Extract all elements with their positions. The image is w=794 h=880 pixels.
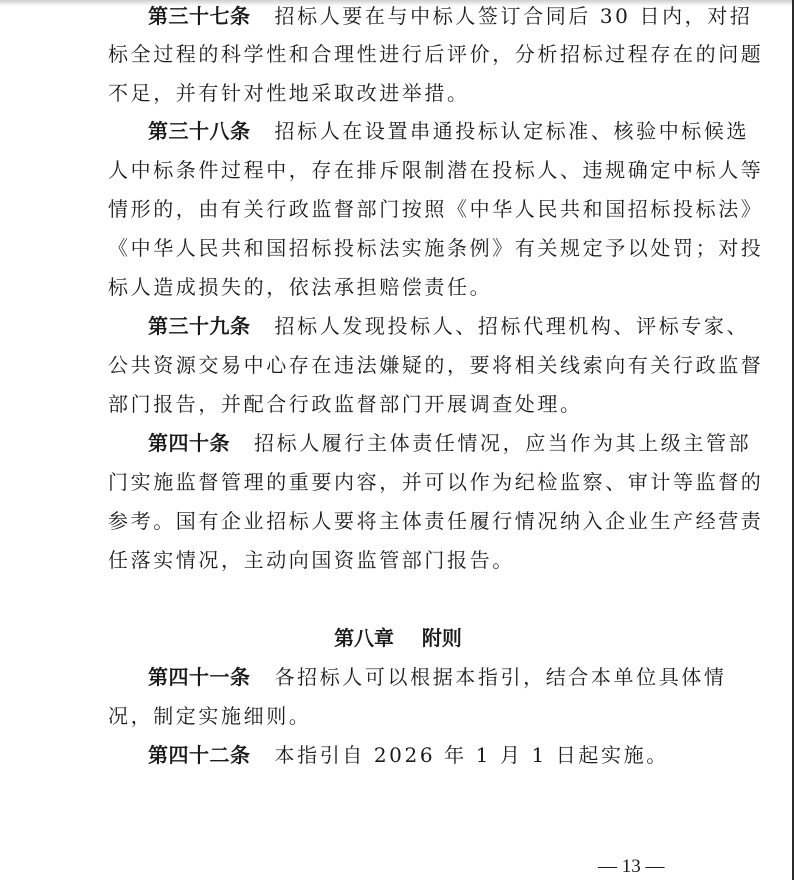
article-40-line-2: 门实施监督管理的重要内容，并可以作为纪检监察、审计等监督的 (108, 463, 763, 501)
article-38-line-5: 标人造成损失的，依法承担赔偿责任。 (108, 268, 492, 306)
article-39-line-2: 公共资源交易中心存在违法嫌疑的，要将相关线索向有关行政监督 (108, 346, 763, 384)
article-37-line-3: 不足，并有针对性地采取改进举措。 (108, 74, 470, 112)
chapter-title: 第八章 附则 (108, 619, 688, 657)
article-heading: 第四十一条 (148, 665, 251, 689)
article-37-line-2: 标全过程的科学性和合理性进行后评价，分析招标过程存在的问题 (108, 35, 763, 73)
article-38-line-1: 第三十八条招标人在设置串通投标认定标准、核验中标候选 (148, 112, 749, 150)
article-heading: 第四十二条 (148, 743, 251, 767)
article-40-line-3: 参考。国有企业招标人要将主体责任履行情况纳入企业生产经营责 (108, 502, 763, 540)
article-38-line-3: 情形的，由有关行政监督部门按照《中华人民共和国招标投标法》 (108, 190, 763, 228)
article-38-line-2: 人中标条件过程中，存在排斥限制潜在投标人、违规确定中标人等 (108, 151, 763, 189)
article-38-line-4: 《中华人民共和国招标投标法实施条例》有关规定予以处罚；对投 (108, 229, 763, 267)
article-41-line-2: 况，制定实施细则。 (108, 697, 311, 735)
page-number: — 13 — (598, 852, 665, 880)
article-37-line-1: 第三十七条招标人要在与中标人签订合同后 30 日内，对招 (148, 0, 752, 35)
article-heading: 第四十条 (148, 431, 230, 455)
article-39-line-3: 部门报告，并配合行政监督部门开展调查处理。 (108, 385, 583, 423)
article-heading: 第三十九条 (148, 314, 251, 338)
article-42-line-1: 第四十二条本指引自 2026 年 1 月 1 日起实施。 (148, 736, 669, 774)
article-heading: 第三十八条 (148, 119, 251, 143)
article-41-line-1: 第四十一条各招标人可以根据本指引，结合本单位具体情 (148, 658, 727, 696)
article-40-line-1: 第四十条招标人履行主体责任情况，应当作为其上级主管部 (148, 424, 751, 462)
article-heading: 第三十七条 (148, 4, 251, 28)
article-40-line-4: 任落实情况，主动向国资监管部门报告。 (108, 541, 515, 579)
article-39-line-1: 第三十九条招标人发现投标人、招标代理机构、评标专家、 (148, 307, 749, 345)
